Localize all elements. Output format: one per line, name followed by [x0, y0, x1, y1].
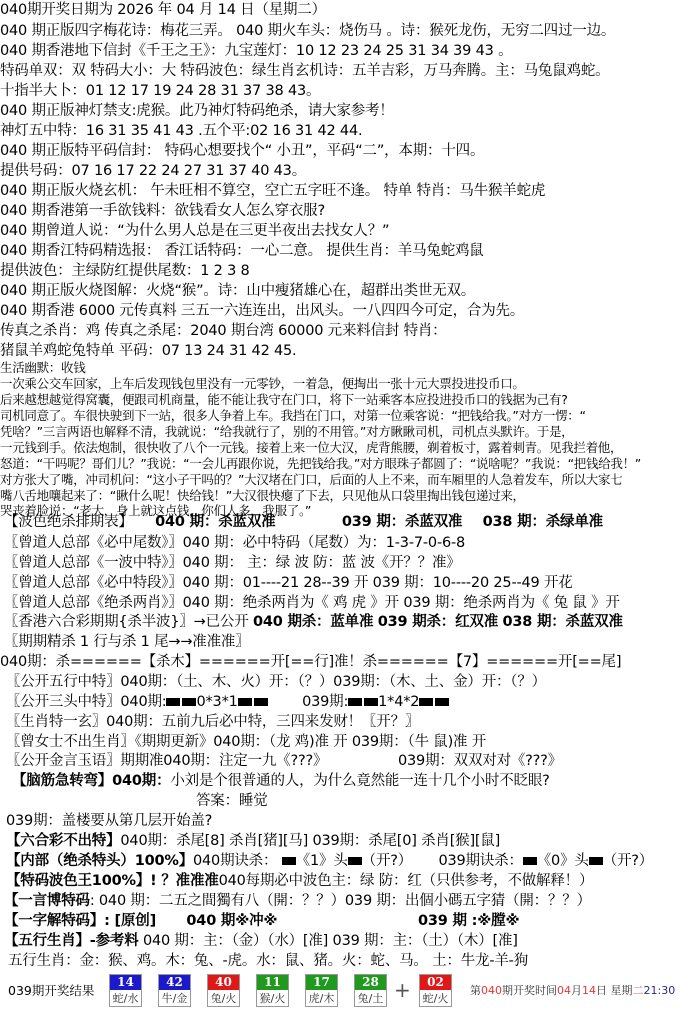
next-draw-info: 第040期开奖时间04月14日 星期二21:30: [470, 982, 675, 998]
yizi-line: 【一字解特码】: [原创] 040 期※冲※ 039 期 :※膛※: [4, 911, 277, 931]
bose-schedule-line: 【波色绝杀排期表】 040 期：杀蓝双准 039 期：杀蓝双准 038 期：杀绿…: [4, 512, 603, 532]
result-ball: 40 兔/火: [207, 974, 240, 1007]
result-ball: 11 猴/火: [256, 974, 289, 1007]
section-tag: 【波色绝杀排期表】: [4, 514, 133, 530]
humor-title: 生活幽默：收钱: [0, 360, 85, 376]
story-line: 怒道：“干吗呢？哥们儿？”我说：“一会儿再跟你说，先把钱给我。”对方眼珠子都圆了…: [0, 456, 641, 472]
special-ball: 02 蛇/火: [419, 974, 452, 1007]
results-label: 039期开奖结果: [8, 981, 94, 999]
banbo-line: 〖香港六合彩期期{杀半波}〗→已公开 040 期杀：蓝单准 039 期杀：红双准…: [4, 612, 623, 632]
text-line: 040 期正版神灯禁支:虎猴。此乃神灯特码绝杀，请大家参考！: [0, 101, 394, 121]
results-bar: 039期开奖结果 14 蛇/水 42 牛/金 40 兔/火 11 猴/火 17 …: [0, 972, 688, 1008]
santou-line: 〖公开三头中特〗040期:0*3*1 039期:1*4*2: [6, 692, 449, 712]
shengxiao-line: 〖生肖特一玄〗040期：五前九后必中特，三四来发财！〖开？〗: [6, 712, 419, 732]
text-line: 040 期香江特码精选报： 香江话特码：一心二意。 提供生肖：羊马兔蛇鸡鼠: [0, 241, 484, 261]
plus-icon: +: [394, 978, 411, 1002]
text-line: 040 期正版火烧图解：火烧“猴”。诗：山中瘦猪雄心在，超群出类世无双。: [0, 281, 475, 301]
yibo-line: 〖曾道人总部《一波中特》〗040 期： 主：绿 波 防：蓝 波《开？？准》: [4, 553, 461, 573]
jinyan-line: 〖公开金言玉语〗期期准040期：注定一九《???》 039期：双双对对《???》: [6, 751, 327, 771]
wuxing-sx-line: 【五行生肖】-参考料 040 期：主：（金）（水）[准] 039 期：主：（土）…: [4, 931, 518, 951]
sha-line: 040期：杀======【杀木】======开[==行]准！杀======【7】…: [0, 652, 621, 672]
story-line: 凭啥？”三言两语也解释不清，我就说：“给我就行了，别的不用管。”对方瞅瞅司机，司…: [0, 424, 573, 440]
text-line: 传真之杀肖：鸡 传真之杀尾：2040 期台湾 60000 元来料信封 特肖：: [0, 321, 446, 341]
text-line: 040 期正版四字梅花诗：梅花三弄。 040 期火车头：烧伤马 。诗：猴死龙伤，…: [0, 21, 615, 41]
text-line: 特码单双：双 特码大小：大 特码波色：绿生肖玄机诗：五羊吉彩，万马奔腾。主：马兔…: [0, 61, 609, 81]
result-ball: 17 虎/木: [305, 974, 338, 1007]
liangxiao-line: 〖曾道人总部《绝杀两肖》〗040 期：绝杀两肖为《 鸡 虎 》开 039 期：绝…: [4, 593, 620, 613]
wuxing-line: 〖公开五行中特〗040期：（土、木、火）开：（？）039期：（木、土、金）开：（…: [6, 672, 546, 692]
text-line: 提供号码：07 16 17 22 24 27 31 37 40 43。: [0, 161, 306, 181]
story-line: 后来越想越觉得窝囊，便跟司机商量，能不能让我守在门口，将下一站乘客本应投进投币口…: [0, 392, 568, 408]
text-line: 提供波色：主绿防红提供尾数：1 2 3 8: [0, 261, 250, 281]
story-line: 嘴八舌地嚷起来了：“瞅什么呢！快给钱！”大汉很快瘪了下去，只见他从口袋里掏出钱包…: [0, 488, 525, 504]
text-line: 040 期香港地下信封《千王之王》：九宝莲灯：10 12 23 24 25 31…: [0, 41, 512, 61]
story-line: 一元钱到手。依法炮制，很快收了八个一元钱。接着上来一位大汉，虎背熊腰，剃着板寸，…: [0, 440, 622, 456]
text-line: 040 期曾道人说：“为什么男人总是在三更半夜出去找女人？”: [0, 221, 389, 241]
bose-wang-line: 【特码波色王100%】! ？准准准040每期必中波色主：绿 防：红（只供参考，不…: [6, 871, 593, 891]
story-line: 司机同意了。车很快驶到下一站，很多人争着上车。我挡在门口，对第一位乘客说：“把钱…: [0, 408, 586, 424]
text-line: 十指半大卜：01 12 17 19 24 28 31 37 38 43。: [0, 81, 320, 101]
result-ball: 28 兔/土: [354, 974, 387, 1007]
text-line: 神灯五中特：16 31 35 41 43 .五个平:02 16 31 42 44…: [0, 121, 362, 141]
draw-date-line: 040期开奖日期为 2026 年 04 月 14 日（星期二）: [0, 0, 326, 20]
teduan-line: 〖曾道人总部《必中特段》〗040 期：01----21 28--39 开 039…: [4, 573, 573, 593]
result-ball: 14 蛇/水: [109, 974, 142, 1007]
result-ball: 42 牛/金: [158, 974, 191, 1007]
wuxing-list-line: 五行生肖：金：猴、鸡。木：兔、-虎。水：鼠、猪。火：蛇、马。 土：牛龙-羊-狗: [8, 951, 528, 971]
text-line: 040 期正版火烧玄机： 午未旺相不算空，空亡五字旺不逢。 特单 特肖：马牛猴羊…: [0, 181, 545, 201]
story-line: 对方张大了嘴，冲司机问：“这小子干吗的？”大汉堵在门口，后面的人上不来，而车厢里…: [0, 472, 622, 488]
jingsha-line: 〖期期精杀 1 行与杀 1 尾→→准准准〗: [4, 632, 250, 652]
naojin-answer: 答案：睡觉: [196, 791, 268, 811]
story-line: 一次乘公交车回家，上车后发现钱包里没有一元零钞，一着急，便掏出一张十元大票投进投…: [0, 376, 525, 392]
buchu-line: 【六合彩不出特】040期：杀尾[8] 杀肖[猪][马] 039期：杀尾[0] 杀…: [6, 831, 500, 851]
naojin-line: 【脑筋急转弯】040期：小刘是个很普通的人，为什么竟然能一连十几个小时不眨眼?: [12, 771, 550, 791]
text-line: 040 期香港第一手欲钱料：欲钱看女人怎么穿衣服?: [0, 201, 325, 221]
text-line: 040 期正版特平码信封： 特码心想要找个“ 小丑”，平码“二”，本期：十四。: [0, 141, 484, 161]
weishu-line: 〖曾道人总部《必中尾数》〗040 期：必中特码（尾数）为：1-3-7-0-6-8: [4, 533, 465, 553]
text-line: 040 期香港 6000 元传真料 三五一六连连出，出风头。一八四四今可定，合为…: [0, 301, 524, 321]
neibu-line: 【内部（绝杀特头）100%】040期诀杀： 《1》头（开?） 039期诀杀：《0…: [6, 851, 653, 871]
yiyan-line: 【一言博特码: 040 期：二五之間獨有八（開：？？）039 期：出個小碼五字猜…: [4, 891, 591, 911]
naojin-prev: 039期：盖楼要从第几层开始盖?: [6, 811, 212, 831]
zeng-line: 〖曾女士不出生肖〗《期期更新》040期：（龙 鸡)准 开 039期：（牛 鼠)准…: [6, 732, 486, 752]
text-line: 猪鼠羊鸡蛇兔特单 平码：07 13 24 31 42 45.: [0, 341, 296, 361]
